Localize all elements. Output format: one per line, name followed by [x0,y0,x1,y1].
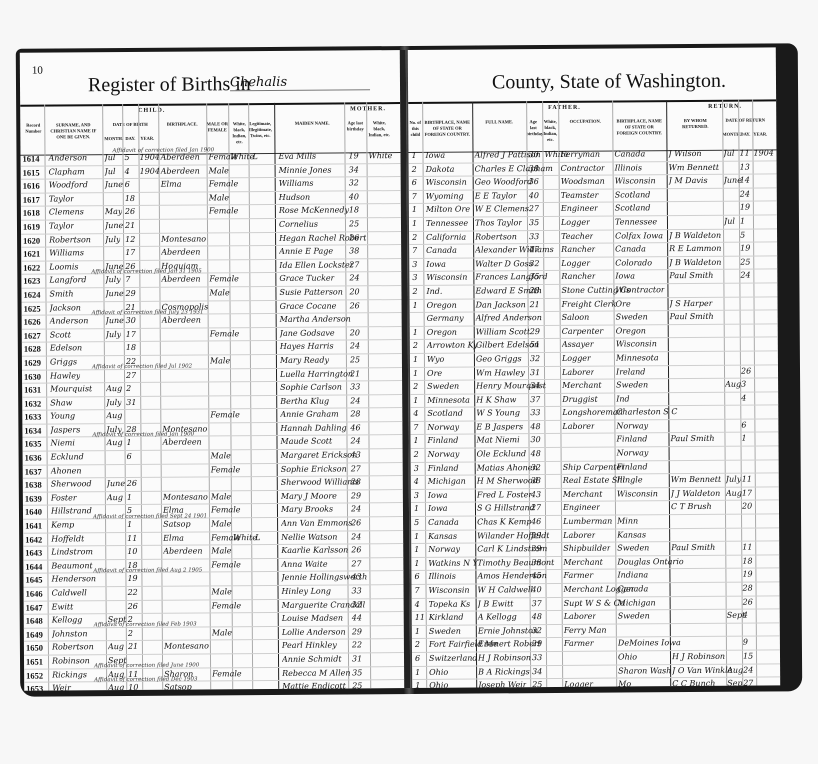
father-birthplace: Colfax Iowa [615,230,663,242]
father-age: 37 [532,598,542,610]
record-number: 1645 [25,574,42,586]
return-month: July [726,474,742,486]
father-name: Chas K Kemp [477,516,532,528]
father-birthplace: Douglas Ontario [617,556,683,568]
father-occupation: Engineer [561,203,598,215]
birth-day: 18 [125,193,135,205]
record-number: 1618 [23,207,40,219]
col-surname: SURNAME, AND CHRISTIAN NAME IF ONE BE GI… [46,122,100,140]
mother-name: Sophie Carlson [280,382,342,394]
mother-name: Rebecca M Allen [282,667,350,679]
mother-birthplace: Ohio [429,680,448,688]
mother-birthplace: Kirkland [429,612,464,624]
father-occupation: Ferryman [560,149,600,161]
child-sex: Male [209,192,229,204]
birth-day: 19 [127,573,137,585]
birth-month: June [105,288,123,300]
record-number: 1615 [23,166,40,178]
record-number: 1617 [23,193,40,205]
child-number: 6 [415,653,420,665]
return-month: Jul [724,216,735,228]
mother-age: 26 [351,545,361,557]
child-surname: Hawley [50,370,80,382]
child-number: 1 [415,680,420,688]
father-occupation: Laborer [562,421,594,433]
father-age: 46 [531,516,541,528]
mother-name: Hudson [279,191,310,203]
col-return-year: YEAR. [752,131,768,137]
return-day: 20 [742,501,752,513]
mother-birthplace: Norway [428,544,460,556]
ledger-book: 10 Register of Births in Chehalis CHILD.… [16,43,803,696]
birth-day: 31 [126,397,136,409]
child-sex: Female [209,178,239,190]
father-age: 32 [532,625,542,637]
returned-by: J B Waldeton [669,229,721,241]
father-birthplace: Scotland [615,189,651,201]
returned-by: J Wilson [668,148,701,160]
return-day: 26 [743,596,753,608]
father-age: 34 [530,380,540,392]
child-surname: Scott [50,329,71,341]
child-surname: Shaw [50,397,72,409]
mother-birthplace: Tennessee [426,218,468,230]
birth-month: July [106,329,122,341]
return-day: 17 [742,487,752,499]
birth-month: June [105,220,123,232]
child-surname: Hillstrand [51,506,92,518]
mother-birthplace: Wisconsin [429,585,470,597]
child-sex: Male [209,287,229,299]
child-surname: Anderson [48,152,87,164]
father-name: Robertson [475,231,517,243]
mother-age: 25 [352,680,362,690]
left-record-rows: 1614AndersonJul51904AberdeenFemaleWhiteL… [20,150,404,691]
mother-birthplace: Illinois [428,571,456,583]
father-name: H K Shaw [476,394,516,406]
father-name: W H Caldwell [477,584,533,596]
mother-name: Hannah Dahling [280,422,346,434]
father-name: Matias Ahonen [477,462,538,474]
return-day: 24 [740,188,750,200]
child-sex: Female [210,409,240,421]
scanned-register-page: 10 Register of Births in Chehalis CHILD.… [0,0,818,764]
child-sex: Female [211,505,241,517]
child-number: 11 [415,612,425,624]
child-surname: Woodford [49,179,88,191]
mother-age: 25 [349,218,359,230]
child-surname: Taylor [49,220,74,232]
child-birthplace: Montesano [161,233,206,245]
father-occupation: Woodsman [561,176,605,188]
child-number: 1 [411,150,416,162]
father-age: 45 [531,570,541,582]
record-number: 1633 [24,411,41,423]
col-month: MONTH. [104,136,122,142]
child-legitimacy: L [255,532,260,544]
mother-age: 27 [349,259,359,271]
child-birthplace: Aberdeen [163,546,202,558]
child-number: 7 [412,245,417,257]
child-surname: Clapham [49,166,85,178]
returned-by: J M Davis [669,175,708,187]
col-return-day: DAY. [738,132,752,138]
birth-day: 10 [127,546,137,558]
return-day: 19 [740,202,750,214]
col-date-of-birth: DATE OF BIRTH [104,122,156,128]
child-surname: Langford [49,275,86,287]
child-sex: Female [209,206,239,218]
mother-age: 28 [351,477,361,489]
father-name: E E Taylor [475,190,517,202]
child-sex: Male [211,545,231,557]
father-age: 40 [529,190,539,202]
county-name-handwritten: Chehalis [230,74,370,91]
col-mother-maiden-name: MAIDEN NAME. [282,120,342,126]
return-day: 28 [742,583,752,595]
father-birthplace: Ill [617,475,625,487]
mother-name: Susie Patterson [279,286,343,298]
return-month: Jul [723,148,734,160]
birth-month: July [106,397,122,409]
mother-age: 32 [349,178,359,190]
father-age: 33 [529,231,539,243]
child-number: 4 [414,476,419,488]
mother-birthplace: Oregon [427,326,457,338]
record-number: 1616 [23,180,40,192]
record-number: 1622 [23,261,40,273]
mother-name: Rose McKennedy [279,205,349,217]
child-surname: Taylor [49,193,74,205]
mother-name: Hayes Harris [280,341,334,353]
mother-age: 24 [351,504,361,516]
birth-day: 12 [125,233,135,245]
record-number: 1642 [25,533,42,545]
child-number: 1 [414,531,419,543]
child-number: 3 [412,272,417,284]
birth-month: June [106,315,124,327]
birth-month: May [105,206,123,218]
father-age: 29 [531,543,541,555]
mother-age: 26 [349,232,359,244]
col-day: DAY. [122,136,138,142]
record-number: 1629 [24,356,41,368]
mother-name: Anna Waite [281,558,327,570]
mother-birthplace: Finland [428,462,459,474]
record-number: 1632 [24,397,41,409]
child-birthplace: Aberdeen [162,315,201,327]
register-title-right: County, State of Washington. [492,70,726,95]
father-name: Geo Woodford [475,176,533,188]
affidavit-note: Affidavit of correction filed Jan 31 190… [91,268,201,275]
father-occupation: Contractor [561,162,605,174]
mother-birthplace: Iowa [428,503,448,515]
mother-age: 20 [350,327,360,339]
child-sex: Female [212,600,242,612]
child-number: 3 [414,490,419,502]
child-sex: Male [211,450,231,462]
child-surname: Beaumont [51,560,92,572]
birth-day: 30 [126,315,136,327]
record-number: 1643 [25,547,42,559]
mother-birthplace: Norway [428,449,460,461]
mother-age: 24 [350,341,360,353]
father-occupation: Merchant [562,380,602,392]
father-name: W S Young [476,408,520,420]
child-surname: Foster [51,492,77,504]
mother-age: 24 [349,273,359,285]
child-number: 6 [414,571,419,583]
mother-age: 20 [349,286,359,298]
birth-day: 1 [126,437,131,449]
father-occupation: Assayer [562,339,594,351]
return-month: Sep [727,678,742,688]
child-number: 4 [413,408,418,420]
return-day: 4 [743,610,748,622]
father-birthplace: Minn [617,515,638,527]
return-day: 19 [742,569,752,581]
returned-by: C C Bunch [672,678,715,688]
child-surname: Robertson [52,642,94,654]
child-sex: Male [210,355,230,367]
mother-age: 43 [351,572,361,584]
birth-day: 6 [125,179,130,191]
father-name: B A Rickings [478,666,530,678]
birth-day: 1 [127,519,132,531]
father-age: 35 [529,217,539,229]
affidavit-note: Affidavit of correction filed Jan 1900 [92,432,194,439]
mother-age: 27 [351,463,361,475]
record-number: 1637 [25,465,42,477]
record-number: 1627 [24,329,41,341]
father-birthplace: Canada [615,243,646,255]
return-day: 4 [741,392,746,404]
mother-birthplace: Germany [427,313,464,325]
mother-birthplace: Sweden [429,625,461,637]
record-number: 1646 [26,588,43,600]
mother-name: Minnie Jones [279,164,332,176]
child-birthplace: Elma [161,179,182,191]
mother-name: Pearl Hinkley [282,640,337,652]
record-number: 1635 [24,438,41,450]
affidavit-note: Affidavit of correction filed June 1900 [94,663,199,670]
mother-age: 29 [351,490,361,502]
child-sex: Male [212,586,232,598]
father-birthplace: Norway [616,420,648,432]
return-day: 24 [743,664,753,676]
mother-birthplace: Scotland [427,408,463,420]
father-occupation: Merchant [563,556,603,568]
mother-name: Mary J Moore [281,490,337,502]
return-day: 9 [743,637,748,649]
birth-day: 5 [124,152,129,164]
return-month: Aug [725,379,741,391]
birth-day: 22 [128,587,138,599]
returned-by: Paul Smith [670,433,714,445]
return-day: 11 [742,542,752,554]
father-birthplace: DeMoines Iowa [618,637,681,649]
child-legitimacy: L [252,151,257,163]
father-birthplace: Scotland [615,203,651,215]
record-number: 1628 [24,343,41,355]
col-father-birthplace: BIRTHPLACE, NAME OF STATE OR FOREIGN COU… [614,118,664,136]
father-occupation: Logger [561,257,590,269]
record-number: 1653 [26,683,43,691]
col-return-date: DATE OF RETURN [722,117,768,123]
child-number: 1 [413,435,418,447]
affidavit-note: Affidavit of correction filed Aug 2 1905 [93,567,202,574]
child-number: 1 [414,503,419,515]
birth-day: 11 [127,533,137,545]
birth-day: 2 [126,383,131,395]
father-occupation: Supt W S & Co [564,597,625,609]
birth-month: Aug [108,641,124,653]
mother-birthplace: Iowa [426,258,446,270]
mother-birthplace: Arrowton Ky [427,340,478,352]
affidavit-note: Affidavit of correction filed Dec 1903 [94,676,197,683]
father-age: 48 [531,448,541,460]
section-return: RETURN. [708,104,742,110]
father-age: 36 [529,176,539,188]
father-age: 28 [529,285,539,297]
child-sex: Female [209,274,239,286]
record-number: 1621 [23,248,40,260]
child-surname: Lindstrom [51,546,93,558]
child-surname: Mourquist [50,383,92,395]
record-number: 1647 [26,601,43,613]
right-page: County, State of Washington. FATHER. RET… [408,47,780,688]
mother-birthplace: Norway [427,422,459,434]
return-month: Aug [726,488,742,500]
father-age: 51 [530,339,540,351]
father-age: 30 [528,149,538,161]
father-name: Ernie Johnston [478,625,538,637]
child-number: 5 [414,517,419,529]
record-number: 1624 [23,289,40,301]
child-sex: Male [211,518,231,530]
father-age: 33 [532,652,542,664]
return-year: 1904 [753,147,773,159]
child-sex: Male [211,491,231,503]
mother-birthplace: Ind. [426,286,442,298]
mother-name: Hinley Long [282,586,332,598]
father-occupation: Laborer [562,366,594,378]
child-number: 1 [415,626,420,638]
father-birthplace: Tennessee [615,216,657,228]
record-number: 1626 [24,316,41,328]
child-number: 2 [412,286,417,298]
child-surname: Young [50,411,75,423]
mother-birthplace: Ore [427,367,442,379]
mother-name: Lollie Anderson [282,626,346,638]
record-number: 1641 [25,520,42,532]
father-occupation: Teacher [561,230,594,242]
child-surname: Ecklund [51,451,84,463]
father-name: A Kellogg [478,611,517,623]
birth-month: Aug [106,437,122,449]
return-day: 26 [741,365,751,377]
mother-name: Sophie Erickson [281,463,347,475]
mother-birthplace: Oregon [427,299,457,311]
mother-name: Jane Godsave [280,327,335,339]
birth-month: July [105,274,121,286]
section-father: FATHER. [548,105,581,111]
father-birthplace: Wisconsin [617,488,658,500]
col-mother-birthplace: BIRTHPLACE, NAME OF STATE OR FOREIGN COU… [424,120,470,138]
mother-birthplace: California [426,231,466,243]
child-number: 1 [413,395,418,407]
father-name: Dan Jackson [476,299,526,311]
father-birthplace: Wisconsin [615,175,656,187]
father-age: 47 [529,244,539,256]
mother-age: 40 [349,191,359,203]
father-birthplace: Iowa [615,271,635,283]
child-surname: Jackson [50,302,81,314]
father-name: Joseph Weir [478,679,526,688]
mother-birthplace: Kansas [428,530,457,542]
father-name: Wm Hawley [476,367,525,379]
mother-age: 31 [352,653,362,665]
record-number: 1651 [26,656,43,668]
child-birthplace: Aberdeen [161,274,200,286]
child-surname: Ahonen [51,465,82,477]
father-name: Alfred Anderson [476,312,542,324]
child-number: 1 [412,204,417,216]
father-name: Walter D Goss [475,258,533,270]
father-age: 37 [530,394,540,406]
child-surname: Caldwell [52,587,87,599]
father-age: 33 [530,407,540,419]
child-number: 1 [414,558,419,570]
child-surname: Robertson [49,234,91,246]
birth-day: 7 [125,274,130,286]
record-number: 1650 [26,642,43,654]
mother-birthplace: Dakota [426,163,455,175]
return-day: 24 [740,270,750,282]
record-number: 1623 [23,275,40,287]
mother-name: Louise Madsen [282,613,343,625]
page-number: 10 [32,65,43,77]
returned-by: Wm Bennett [671,474,722,486]
affidavit-note: Affidavit of correction filed June 4 190… [94,690,204,691]
record-number: 1636 [25,452,42,464]
birth-day: 4 [125,166,130,178]
returned-by: Paul Smith [671,542,715,554]
mother-birthplace: Wisconsin [426,177,467,189]
record-number: 1630 [24,370,41,382]
return-day: 14 [740,175,750,187]
father-birthplace: Ind [616,393,630,405]
mother-birthplace: Topeka Ks [429,598,471,610]
col-sex: MALE OR FEMALE [206,121,228,133]
mother-birthplace: Iowa [425,150,445,162]
father-birthplace: Kansas [617,529,646,541]
father-birthplace: Norway [617,447,649,459]
father-age: 35 [529,271,539,283]
child-birthplace: Satsop [163,519,191,531]
mother-name: Bertha Klug [280,395,329,407]
mother-name: Mary Brooks [281,504,333,516]
birth-day: 21 [125,220,135,232]
father-birthplace: Charleston S C [616,406,677,418]
father-age: 34 [532,666,542,678]
father-age: 48 [532,611,542,623]
mother-name: Annie Schmidt [282,653,342,665]
father-name: Alexander Williams [475,244,554,257]
father-occupation: Merchant [563,488,603,500]
mother-age: 18 [349,205,359,217]
mother-age: 26 [351,517,361,529]
